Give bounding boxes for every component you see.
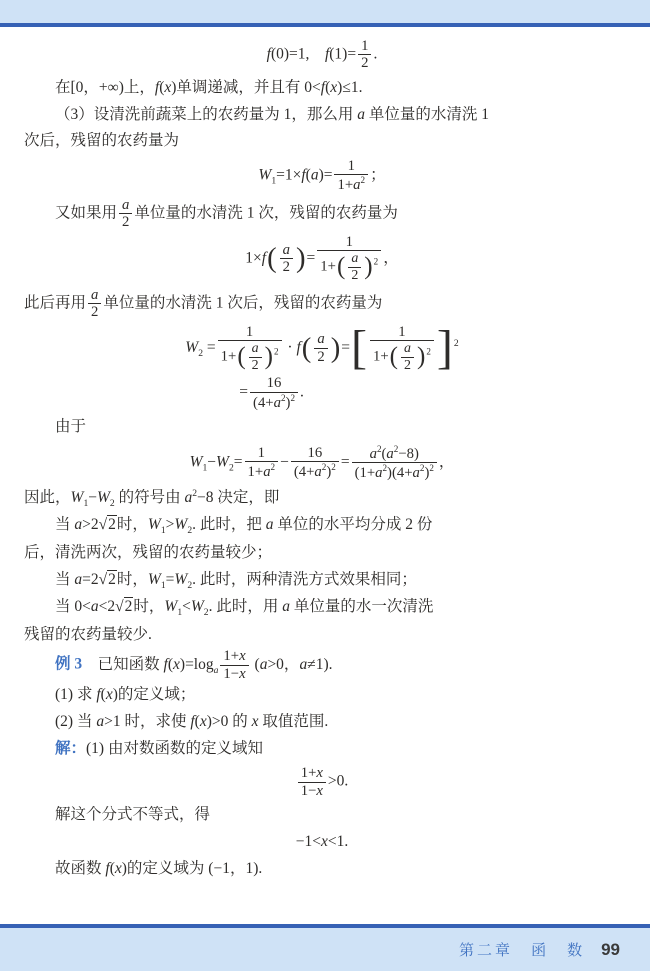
- paragraph-since: 由于: [24, 414, 620, 441]
- paragraph-case3-line2: 残留的农药量较少.: [24, 622, 620, 649]
- paragraph-case1-line2: 后，清洗两次，残留的农药量较少；: [24, 540, 620, 567]
- paragraph-solution: 解：(1) 由对数函数的定义域知: [24, 736, 620, 763]
- page-footer: 第二章 函 数 99: [0, 924, 650, 971]
- formula-w2-block: W2 =11+(a2)2 · f(a2)=[11+(a2)2]2 =16(4+a…: [185, 324, 458, 412]
- solution-body: (1) 由对数函数的定义域知: [86, 740, 263, 757]
- formula-w2-row2: =16(4+a2)2.: [239, 375, 458, 411]
- formula-f0-f1: f(0)=1, f(1)=12.: [24, 38, 620, 72]
- example3-body: 已知函数 f(x)=loga1+x1−x (a>0，a≠1).: [82, 656, 332, 673]
- paragraph-case2: 当 a=2√2时，W1=W2. 此时，两种清洗方式效果相同；: [24, 567, 620, 595]
- page-top-band: [0, 0, 650, 27]
- paragraph-monotonic: 在[0，+∞)上，f(x)单调递减，并且有 0<f(x)≤1.: [24, 75, 620, 102]
- paragraph-therefore-sign: 因此，W1−W2 的符号由 a2−8 决定，即: [24, 485, 620, 513]
- footer-chapter: 第二章 函 数: [459, 939, 585, 960]
- page-content: f(0)=1, f(1)=12. 在[0，+∞)上，f(x)单调递减，并且有 0…: [0, 27, 650, 882]
- solution-label: 解：: [55, 740, 86, 757]
- paragraph-case3-line1: 当 0<a<2√2时，W1<W2. 此时，用 a 单位量的水一次清洗: [24, 594, 620, 622]
- paragraph-part3-line1: （3）设清洗前蔬菜上的农药量为 1，那么用 a 单位量的水清洗 1: [24, 102, 620, 129]
- paragraph-example3: 例 3 已知函数 f(x)=loga1+x1−x (a>0，a≠1).: [24, 648, 620, 682]
- formula-w1-minus-w2: W1−W2=11+a2−16(4+a2)2=a2(a2−8)(1+a2)(4+a…: [24, 444, 620, 482]
- formula-fraction-positive: 1+x1−x>0.: [24, 765, 620, 799]
- formula-inequality: −1<x<1.: [24, 829, 620, 856]
- paragraph-then-half-water: 此后再用a2单位量的水清洗 1 次后，残留的农药量为: [24, 287, 620, 321]
- formula-f-a-half: 1×f(a2)=11+(a2)2，: [24, 234, 620, 284]
- formula-w1: W1=1×f(a)=11+a2；: [24, 158, 620, 194]
- formula-w2-row1: W2 =11+(a2)2 · f(a2)=[11+(a2)2]2: [185, 339, 458, 356]
- paragraph-case1-line1: 当 a>2√2时，W1>W2. 此时，把 a 单位的水平均分成 2 份: [24, 512, 620, 540]
- formula-w2: W2 =11+(a2)2 · f(a2)=[11+(a2)2]2 =16(4+a…: [24, 324, 620, 412]
- footer-page-number: 99: [601, 940, 620, 960]
- paragraph-question2: (2) 当 a>1 时，求使 f(x)>0 的 x 取值范围.: [24, 709, 620, 736]
- textbook-page: f(0)=1, f(1)=12. 在[0，+∞)上，f(x)单调递减，并且有 0…: [0, 0, 650, 971]
- paragraph-domain-result: 故函数 f(x)的定义域为 (−1，1).: [24, 856, 620, 883]
- paragraph-solve-inequality: 解这个分式不等式，得: [24, 802, 620, 829]
- example3-label: 例 3: [55, 656, 82, 673]
- paragraph-again-half-water: 又如果用a2单位量的水清洗 1 次，残留的农药量为: [24, 197, 620, 231]
- paragraph-question1: (1) 求 f(x)的定义域；: [24, 682, 620, 709]
- paragraph-part3-line2: 次后，残留的农药量为: [24, 128, 620, 155]
